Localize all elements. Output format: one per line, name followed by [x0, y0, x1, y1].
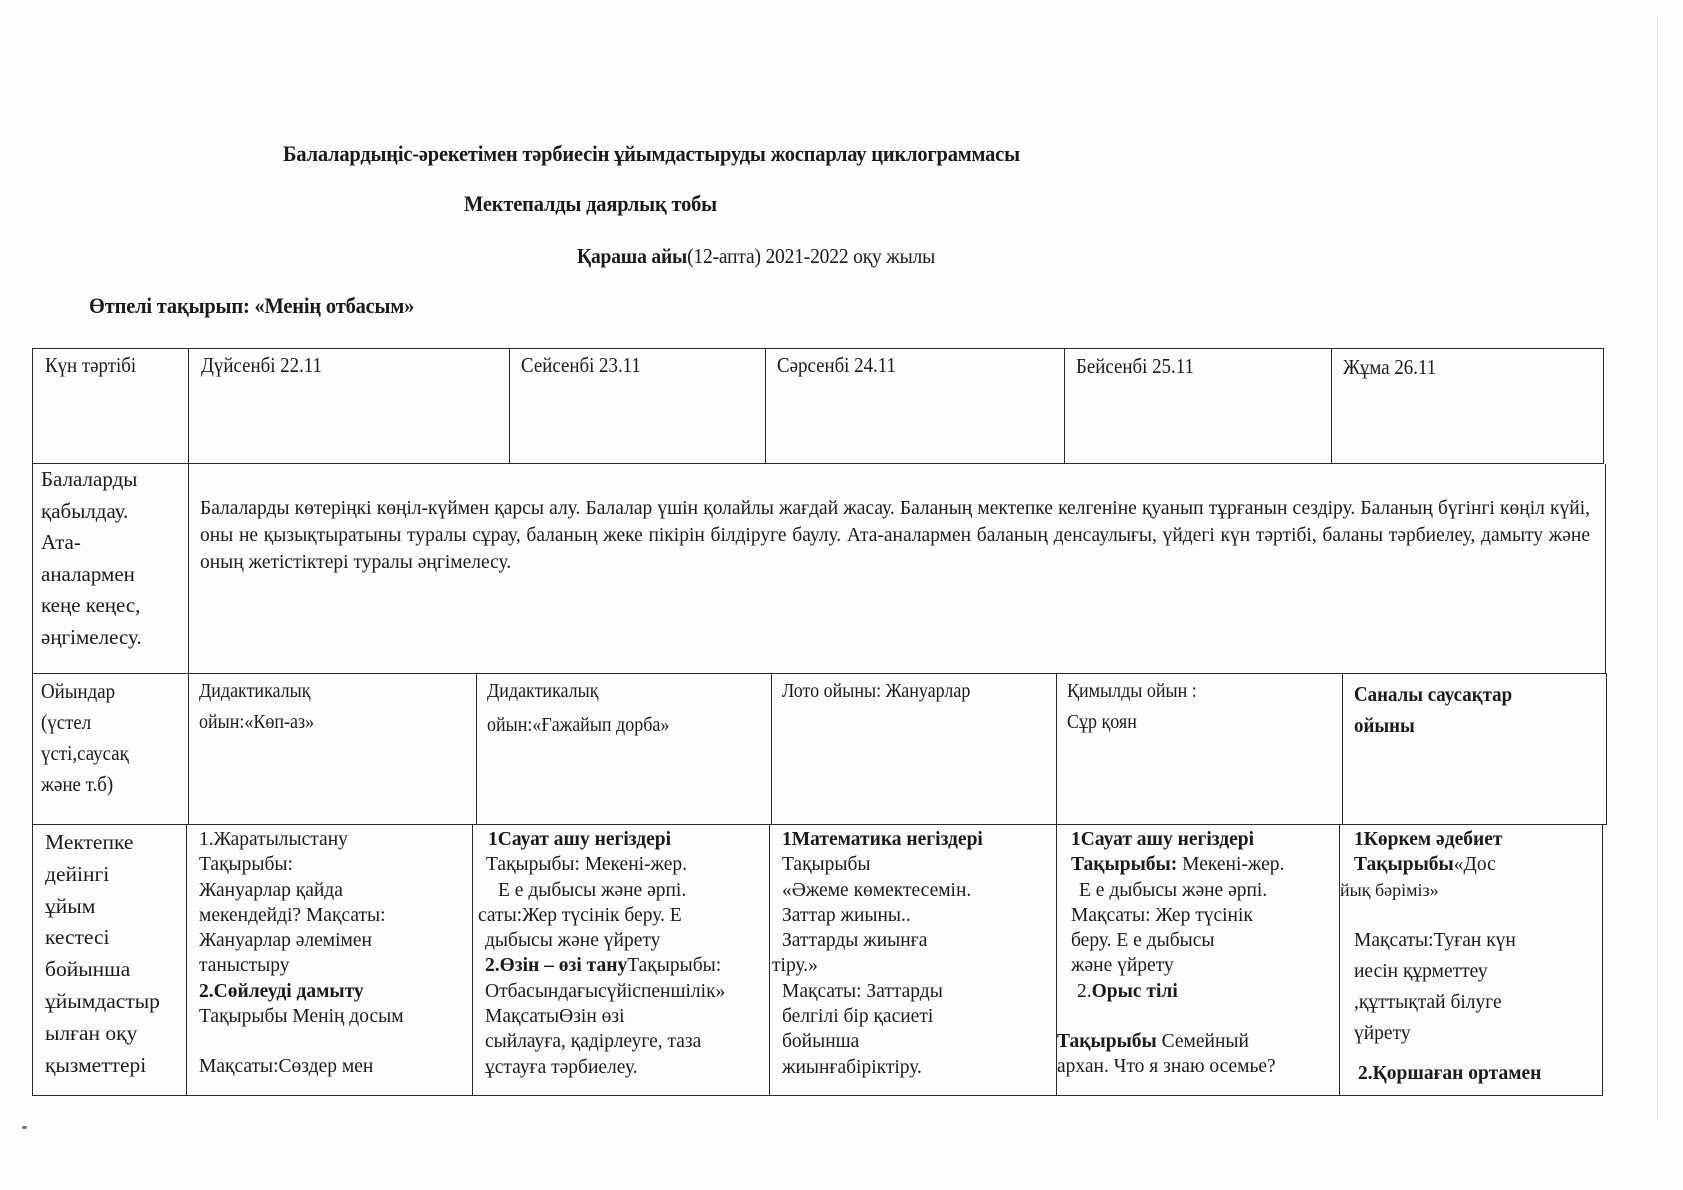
text-fragment: Семейный [1157, 1031, 1249, 1052]
game-text: Лото ойыны: Жануарлар [782, 676, 970, 707]
text-line: белгілі бір қасиеті [772, 1004, 983, 1029]
text-line: Тақырыбы: [199, 852, 404, 877]
label-line: әңгімелесу. [41, 622, 142, 654]
label-line: қабылдау. [41, 496, 142, 528]
text-line: Заттарды жиынға [772, 928, 983, 953]
text-line: 2.Орыс тілі [1057, 979, 1284, 1004]
games-cell-monday: Дидактикалық ойын:«Көп-аз» [188, 674, 476, 824]
text-line: Саналы саусақтар [1354, 679, 1512, 710]
text-line: Жануарлар қайда [199, 878, 404, 903]
header-cell-monday: Дүйсенбі 22.11 [188, 349, 509, 463]
reception-label-cell: Балаларды қабылдау. Ата- аналармен кеңе … [33, 464, 188, 673]
text-line: саты:Жер түсінік беру. Е [478, 903, 725, 928]
period-week-year: (12-апта) 2021-2022 оқу жылы [687, 244, 935, 268]
day-label: Бейсенбі 25.11 [1076, 353, 1194, 379]
text-line: дыбысы және үйрету [478, 928, 725, 953]
text-line: Мақсаты:Туған күн [1340, 925, 1541, 956]
scan-artifact-line [1657, 18, 1658, 1118]
education-cell-thursday: 1Сауат ашу негіздері Тақырыбы: Мекені-же… [1056, 825, 1339, 1095]
text-fragment: Тақырыбы: [1071, 854, 1177, 875]
text-line: Мақсаты:Сөздер мен [199, 1054, 404, 1079]
games-cell-friday: Саналы саусақтар ойыны [1342, 674, 1606, 824]
games-cell-thursday: Қимылды ойын : Сұр қоян [1056, 674, 1342, 824]
table-header-row: Күн тәртібі Дүйсенбі 22.11 Сейсенбі 23.1… [32, 348, 1604, 464]
subject-heading: 1Сауат ашу негіздері [1057, 827, 1284, 852]
day-label: Дүйсенбі 22.11 [201, 352, 322, 378]
text-fragment: 2. [1077, 981, 1092, 1002]
text-line: йық бәріміз» [1340, 878, 1541, 903]
table-row-games: Ойындар (үстел үсті,саусақ және т.б) Дид… [32, 673, 1607, 825]
text-line: таныстыру [199, 953, 404, 978]
label-line: Мектепке [45, 827, 160, 859]
education-label-cell: Мектепке дейінгі ұйым кестесі бойынша ұй… [33, 825, 186, 1095]
text-line: беру. Е е дыбысы [1057, 928, 1284, 953]
text-line: Дидактикалық [487, 676, 669, 707]
scanned-page: Балалардыңіс-әрекетімен тәрбиесін ұйымда… [0, 0, 1683, 1190]
subject-heading: 1Математика негіздері [772, 827, 983, 852]
lesson-text: 1Математика негіздері Тақырыбы «Әжеме кө… [772, 827, 983, 1080]
header-cell-wednesday: Сәрсенбі 24.11 [765, 349, 1064, 463]
text-fragment: Тақырыбы [1057, 1031, 1157, 1052]
text-line: Тақырыбы [772, 852, 983, 877]
header-label: Күн тәртібі [45, 352, 136, 378]
text-line: 2.Өзін – өзі тануТақырыбы: [478, 953, 725, 978]
text-line: Қимылды ойын : [1067, 676, 1197, 707]
reception-description: Балаларды көтеріңкі көңіл-күймен қарсы а… [200, 495, 1590, 576]
text-line: ұстауға тәрбиелеу. [478, 1055, 725, 1080]
text-line: Тақырыбы: Мекені-жер. [478, 852, 725, 877]
period: Қараша айы(12-апта) 2021-2022 оқу жылы [577, 244, 935, 269]
label-line: қызметтері [45, 1050, 160, 1082]
lesson-text: 1.Жаратылыстану Тақырыбы: Жануарлар қайд… [199, 827, 404, 1080]
subject-heading: 2.Қоршаған ортамен [1340, 1061, 1541, 1086]
text-fragment: «Дос [1454, 854, 1496, 875]
label-line: Ойындар [41, 676, 129, 707]
lesson-text: 1Сауат ашу негіздері Тақырыбы: Мекені-же… [1057, 827, 1284, 1080]
text-line: Жануарлар әлемімен [199, 928, 404, 953]
label-line: Ата- [41, 527, 142, 559]
table-row-education: Мектепке дейінгі ұйым кестесі бойынша ұй… [32, 824, 1603, 1096]
text-line: Заттар жиыны.. [772, 903, 983, 928]
text-line: Лото ойыны: Жануарлар [782, 676, 970, 707]
subject-heading: Орыс тілі [1092, 981, 1178, 1002]
day-label: Сәрсенбі 24.11 [777, 352, 896, 378]
label-line: үсті,саусақ [41, 738, 129, 769]
text-line: иесін құрметтеу [1340, 956, 1541, 987]
text-line: Сұр қоян [1067, 707, 1197, 738]
text-line: ойын:«Ғажайып дорба» [487, 710, 669, 741]
text-line: үйрету [1340, 1018, 1541, 1049]
day-label: Жұма 26.11 [1343, 354, 1436, 380]
text-line: Мақсаты: Жер түсінік [1057, 903, 1284, 928]
game-text: Саналы саусақтар ойыны [1354, 679, 1512, 741]
games-cell-tuesday: Дидактикалық ойын:«Ғажайып дорба» [476, 674, 771, 824]
period-month: Қараша айы [577, 244, 687, 268]
header-cell-friday: Жұма 26.11 [1331, 349, 1603, 463]
text-fragment: Тақырыбы [1354, 854, 1454, 875]
education-cell-tuesday: 1Сауат ашу негіздері Тақырыбы: Мекені-же… [472, 825, 769, 1095]
text-line: Е е дыбысы және әрпі. [478, 878, 725, 903]
text-line: Тақырыбы Менің досым [199, 1004, 404, 1029]
text-line: Тақырыбы Семейный [1057, 1029, 1284, 1054]
text-line: Тақырыбы: Мекені-жер. [1057, 852, 1284, 877]
text-line: мекендейді? Мақсаты: [199, 903, 404, 928]
subject-heading: 1Көркем әдебиет [1340, 827, 1541, 852]
text-line: бойынша [772, 1029, 983, 1054]
subject-heading: 2.Сөйлеуді дамыту [199, 979, 404, 1004]
lesson-text: 1Сауат ашу негіздері Тақырыбы: Мекені-же… [478, 827, 725, 1080]
text-line: МақсатыӨзін өзі [478, 1004, 725, 1029]
header-cell-tuesday: Сейсенбі 23.11 [509, 349, 765, 463]
text-line: тіру.» [772, 953, 983, 978]
text-line: Е е дыбысы және әрпі. [1057, 878, 1284, 903]
education-cell-wednesday: 1Математика негіздері Тақырыбы «Әжеме кө… [769, 825, 1056, 1095]
group-name: Мектепалды даярлық тобы [464, 191, 717, 217]
label-line: Балаларды [41, 464, 142, 496]
education-label: Мектепке дейінгі ұйым кестесі бойынша ұй… [45, 827, 160, 1081]
label-line: (үстел [41, 707, 129, 738]
header-cell-schedule: Күн тәртібі [33, 349, 188, 463]
text-line: ойын:«Көп-аз» [199, 707, 314, 738]
text-line: «Әжеме көмектесемін. [772, 878, 983, 903]
text-line: және үйрету [1057, 953, 1284, 978]
label-line: бойынша [45, 954, 160, 986]
header-cell-thursday: Бейсенбі 25.11 [1064, 349, 1331, 463]
label-line: ылған оқу [45, 1018, 160, 1050]
label-line: аналармен [41, 559, 142, 591]
text-fragment: Тақырыбы: [627, 955, 721, 976]
subject-heading: 2.Өзін – өзі тану [485, 955, 627, 976]
reception-label: Балаларды қабылдау. Ата- аналармен кеңе … [41, 464, 142, 653]
game-text: Қимылды ойын : Сұр қоян [1067, 676, 1197, 738]
text-fragment: Мекені-жер. [1177, 854, 1284, 875]
lesson-text: 1Көркем әдебиет Тақырыбы«Дос йық бәріміз… [1340, 827, 1541, 1086]
education-cell-friday: 1Көркем әдебиет Тақырыбы«Дос йық бәріміз… [1339, 825, 1602, 1095]
label-line: және т.б) [41, 769, 129, 800]
text-line: Тақырыбы«Дос [1340, 852, 1541, 877]
game-text: Дидактикалық ойын:«Көп-аз» [199, 676, 314, 738]
text-line: 1.Жаратылыстану [199, 827, 404, 852]
label-line: ұйым [45, 891, 160, 923]
education-cell-monday: 1.Жаратылыстану Тақырыбы: Жануарлар қайд… [186, 825, 472, 1095]
text-line: Отбасындағысүйіспеншілік» [478, 979, 725, 1004]
game-text: Дидактикалық ойын:«Ғажайып дорба» [487, 676, 669, 741]
text-line: ,құттықтай білуге [1340, 987, 1541, 1018]
text-line: архан. Что я знаю осемье? [1057, 1054, 1284, 1079]
games-cell-wednesday: Лото ойыны: Жануарлар [771, 674, 1056, 824]
text-line: жиынғабіріктіру. [772, 1055, 983, 1080]
games-label: Ойындар (үстел үсті,саусақ және т.б) [41, 676, 129, 800]
document-title: Балалардыңіс-әрекетімен тәрбиесін ұйымда… [283, 141, 1020, 167]
label-line: дейінгі [45, 859, 160, 891]
label-line: кеңе кеңес, [41, 590, 142, 622]
text-line: сыйлауға, қадірлеуге, таза [478, 1029, 725, 1054]
day-label: Сейсенбі 23.11 [521, 352, 641, 378]
scan-speck [22, 1126, 27, 1129]
games-label-cell: Ойындар (үстел үсті,саусақ және т.б) [33, 674, 188, 824]
label-line: ұйымдастыр [45, 986, 160, 1018]
table-row-reception: Балаларды қабылдау. Ата- аналармен кеңе … [32, 464, 1606, 674]
subject-heading: 1Сауат ашу негіздері [478, 827, 725, 852]
text-line: Мақсаты: Заттарды [772, 979, 983, 1004]
text-line: Дидактикалық [199, 676, 314, 707]
reception-divider [188, 464, 189, 673]
text-line: ойыны [1354, 710, 1512, 741]
label-line: кестесі [45, 922, 160, 954]
theme: Өтпелі тақырып: «Менің отбасым» [89, 293, 414, 319]
